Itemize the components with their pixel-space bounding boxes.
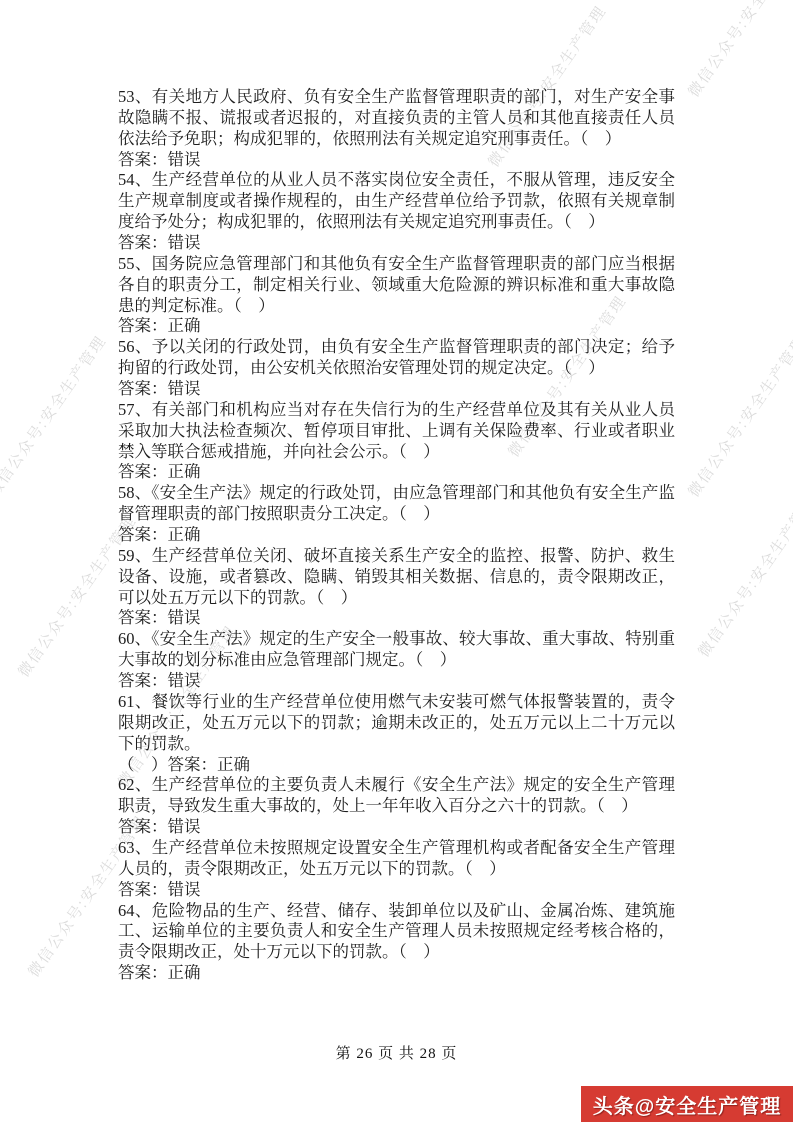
answer-text: 答案：错误 <box>118 379 675 400</box>
document-page: 微信公众号:安全生产管理微信公众号:安全生产管理微信公众号:安全生产管理微信公众… <box>0 0 793 1122</box>
answer-text: 答案：正确 <box>118 525 675 546</box>
answer-text: （ ）答案：正确 <box>118 755 675 776</box>
question-text: 57、有关部门和机构应当对存在失信行为的生产经营单位及其有关从业人员采取加大执法… <box>118 400 675 463</box>
question-text: 61、餐饮等行业的生产经营单位使用燃气未安装可燃气体报警装置的，责令限期改正，处… <box>118 692 675 755</box>
question-text: 59、生产经营单位关闭、破坏直接关系生产安全的监控、报警、防护、救生设备、设施，… <box>118 546 675 609</box>
question-text: 54、生产经营单位的从业人员不落实岗位安全责任，不服从管理，违反安全生产规章制度… <box>118 170 675 233</box>
answer-text: 答案：正确 <box>118 316 675 337</box>
page-number: 第 26 页 共 28 页 <box>0 1042 793 1063</box>
questions-area: 53、有关地方人民政府、负有安全生产监督管理职责的部门，对生产安全事故隐瞒不报、… <box>118 87 675 984</box>
toutiao-badge-label: 头条@安全生产管理 <box>593 1090 782 1119</box>
answer-text: 答案：正确 <box>118 963 675 984</box>
question-text: 58、《安全生产法》规定的行政处罚，由应急管理部门和其他负有安全生产监督管理职责… <box>118 483 675 525</box>
question-text: 56、予以关闭的行政处罚，由负有安全生产监督管理职责的部门决定；给予拘留的行政处… <box>118 337 675 379</box>
answer-text: 答案：错误 <box>118 608 675 629</box>
toutiao-badge: 头条@安全生产管理 <box>581 1086 793 1122</box>
question-text: 64、危险物品的生产、经营、储存、装卸单位以及矿山、金属冶炼、建筑施工、运输单位… <box>118 901 675 964</box>
watermark-text: 微信公众号:安全生产管理 <box>683 0 793 101</box>
answer-text: 答案：错误 <box>118 671 675 692</box>
answer-text: 答案：错误 <box>118 817 675 838</box>
watermark-text: 微信公众号:安全生产管理 <box>693 491 793 661</box>
question-text: 62、生产经营单位的主要负责人未履行《安全生产法》规定的安全生产管理职责，导致发… <box>118 775 675 817</box>
answer-text: 答案：错误 <box>118 233 675 254</box>
answer-text: 答案：错误 <box>118 150 675 171</box>
question-text: 63、生产经营单位未按照规定设置安全生产管理机构或者配备安全生产管理人员的，责令… <box>118 838 675 880</box>
watermark-text: 微信公众号:安全生产管理 <box>0 331 111 501</box>
answer-text: 答案：正确 <box>118 462 675 483</box>
watermark-text: 微信公众号:安全生产管理 <box>683 331 793 501</box>
question-text: 60、《安全生产法》规定的生产安全一般事故、较大事故、重大事故、特别重大事故的划… <box>118 629 675 671</box>
question-text: 55、国务院应急管理部门和其他负有安全生产监督管理职责的部门应当根据各自的职责分… <box>118 254 675 317</box>
answer-text: 答案：错误 <box>118 880 675 901</box>
question-text: 53、有关地方人民政府、负有安全生产监督管理职责的部门，对生产安全事故隐瞒不报、… <box>118 87 675 150</box>
